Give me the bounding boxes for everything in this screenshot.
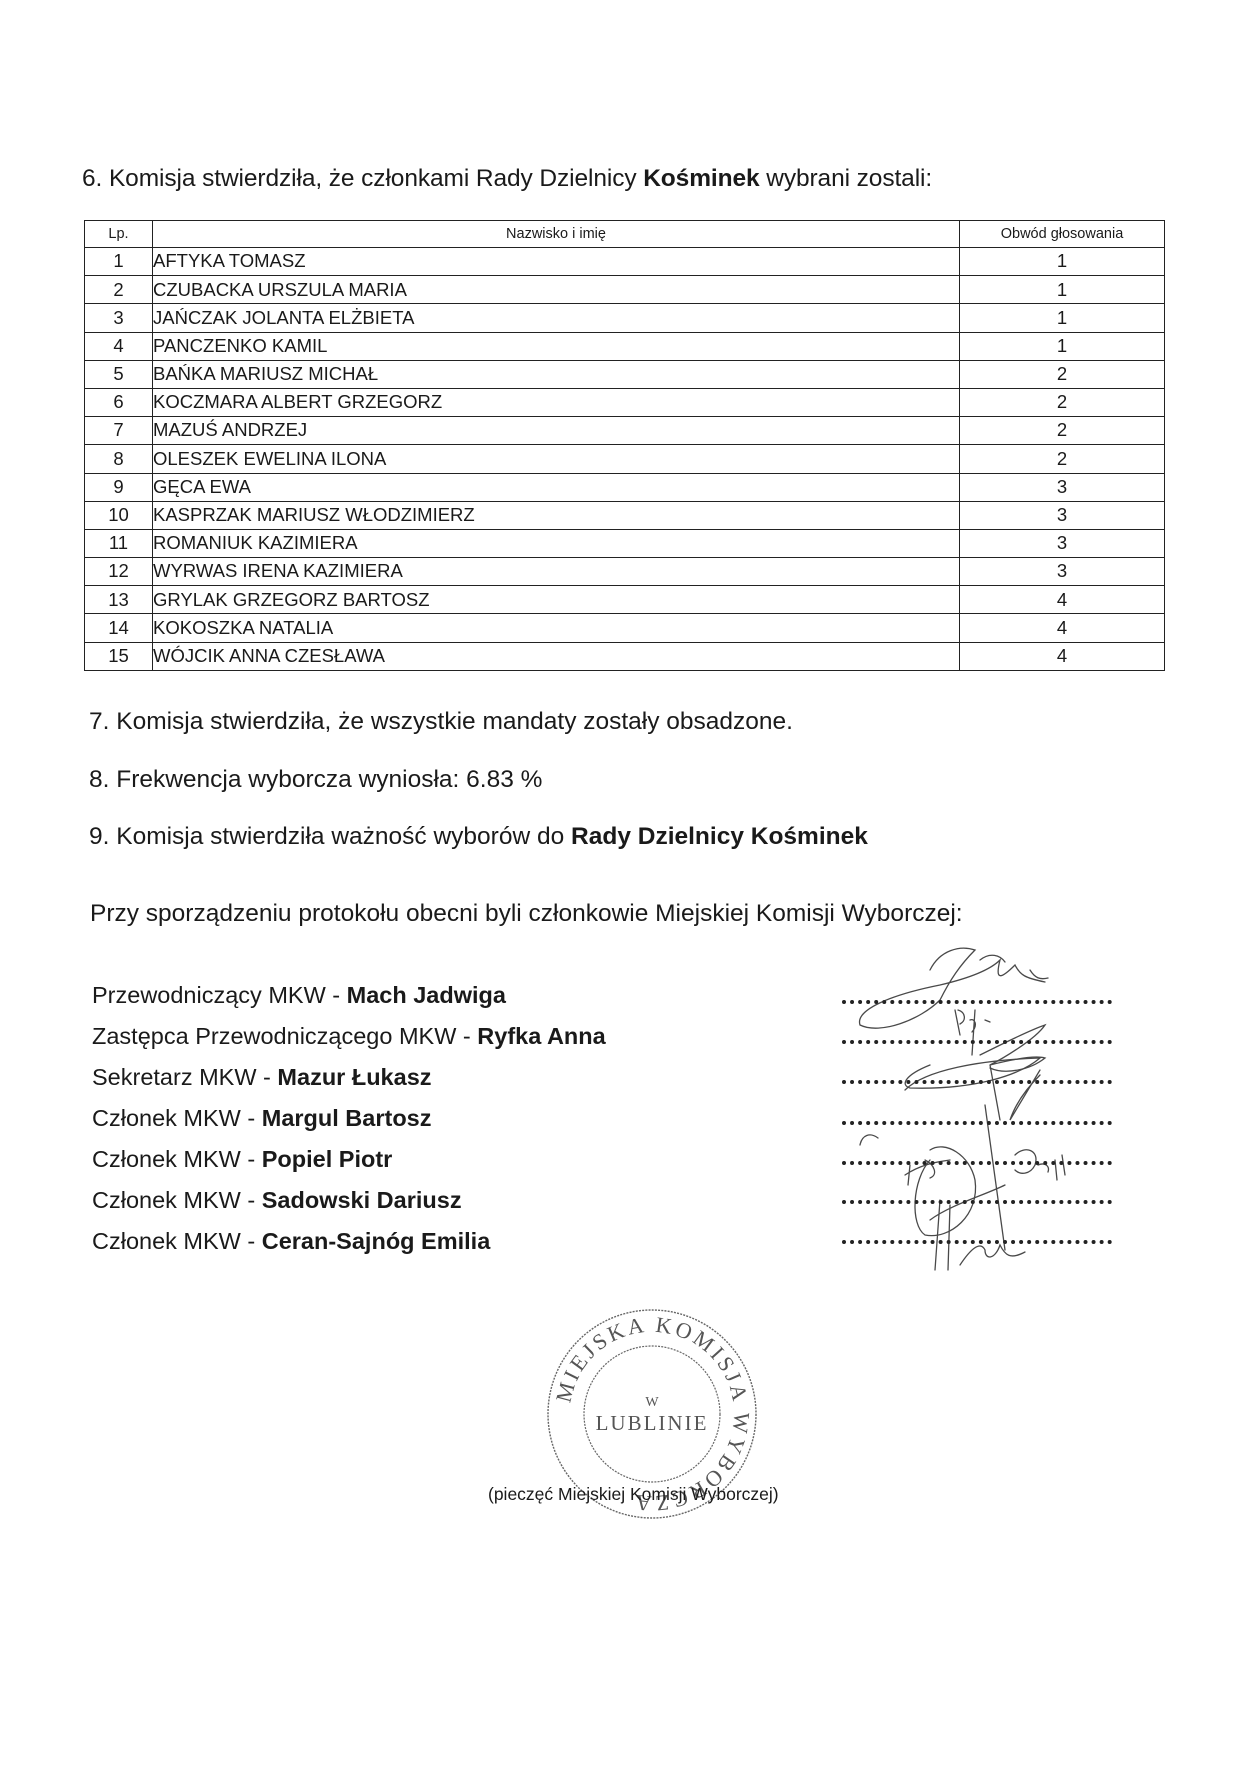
cell-lp: 1: [85, 248, 153, 276]
cell-name: GĘCA EWA: [153, 473, 960, 501]
cell-district: 4: [960, 586, 1165, 614]
signature-line: [842, 1121, 1112, 1125]
table-row: 1AFTYKA TOMASZ1: [85, 248, 1165, 276]
cell-district: 2: [960, 360, 1165, 388]
table-row: 12WYRWAS IRENA KAZIMIERA3: [85, 558, 1165, 586]
cell-name: ROMANIUK KAZIMIERA: [153, 529, 960, 557]
turnout-value: 6.83 %: [466, 766, 542, 793]
member-name: Mazur Łukasz: [277, 1064, 431, 1090]
member-role: Przewodniczący MKW -: [92, 982, 347, 1008]
table-row: 7MAZUŚ ANDRZEJ2: [85, 417, 1165, 445]
cell-district: 2: [960, 445, 1165, 473]
table-row: 2CZUBACKA URSZULA MARIA1: [85, 276, 1165, 304]
signature-line: [842, 1080, 1112, 1084]
table-row: 4PANCZENKO KAMIL1: [85, 332, 1165, 360]
cell-name: KOCZMARA ALBERT GRZEGORZ: [153, 388, 960, 416]
commission-member: Członek MKW - Sadowski Dariusz: [92, 1187, 462, 1214]
member-role: Członek MKW -: [92, 1146, 262, 1172]
cell-lp: 15: [85, 642, 153, 670]
cell-name: AFTYKA TOMASZ: [153, 248, 960, 276]
cell-lp: 12: [85, 558, 153, 586]
district-name: Kośminek: [643, 165, 759, 192]
cell-district: 4: [960, 614, 1165, 642]
cell-name: WYRWAS IRENA KAZIMIERA: [153, 558, 960, 586]
cell-name: JAŃCZAK JOLANTA ELŻBIETA: [153, 304, 960, 332]
member-role: Sekretarz MKW -: [92, 1064, 277, 1090]
cell-lp: 13: [85, 586, 153, 614]
member-name: Sadowski Dariusz: [262, 1187, 462, 1213]
header-district: Obwód głosowania: [960, 221, 1165, 248]
cell-lp: 14: [85, 614, 153, 642]
cell-name: KASPRZAK MARIUSZ WŁODZIMIERZ: [153, 501, 960, 529]
cell-name: MAZUŚ ANDRZEJ: [153, 417, 960, 445]
cell-lp: 7: [85, 417, 153, 445]
signature-line: [842, 1000, 1112, 1004]
commission-member: Sekretarz MKW - Mazur Łukasz: [92, 1064, 432, 1091]
section-6-prefix: 6. Komisja stwierdziła, że członkami Rad…: [82, 165, 643, 192]
cell-name: PANCZENKO KAMIL: [153, 332, 960, 360]
section-9-validity: 9. Komisja stwierdziła ważność wyborów d…: [89, 823, 868, 851]
member-name: Ryfka Anna: [477, 1023, 605, 1049]
section-6-heading: 6. Komisja stwierdziła, że członkami Rad…: [82, 165, 932, 193]
member-name: Ceran-Sajnóg Emilia: [262, 1228, 491, 1254]
member-role: Zastępca Przewodniczącego MKW -: [92, 1023, 477, 1049]
cell-lp: 8: [85, 445, 153, 473]
cell-district: 1: [960, 332, 1165, 360]
signature-line: [842, 1240, 1112, 1244]
turnout-label: 8. Frekwencja wyborcza wyniosła:: [89, 766, 466, 793]
cell-name: KOKOSZKA NATALIA: [153, 614, 960, 642]
cell-district: 2: [960, 388, 1165, 416]
cell-name: GRYLAK GRZEGORZ BARTOSZ: [153, 586, 960, 614]
cell-district: 3: [960, 529, 1165, 557]
table-row: 3JAŃCZAK JOLANTA ELŻBIETA1: [85, 304, 1165, 332]
cell-lp: 5: [85, 360, 153, 388]
commission-member: Członek MKW - Popiel Piotr: [92, 1146, 392, 1173]
member-role: Członek MKW -: [92, 1187, 262, 1213]
stamp-center-w: W: [645, 1395, 659, 1410]
cell-lp: 2: [85, 276, 153, 304]
stamp-caption: (pieczęć Miejskiej Komisji Wyborczej): [488, 1484, 779, 1505]
cell-district: 1: [960, 304, 1165, 332]
cell-district: 2: [960, 417, 1165, 445]
table-row: 10KASPRZAK MARIUSZ WŁODZIMIERZ3: [85, 501, 1165, 529]
cell-lp: 6: [85, 388, 153, 416]
signature-line: [842, 1200, 1112, 1204]
cell-lp: 4: [85, 332, 153, 360]
section-9-prefix: 9. Komisja stwierdziła ważność wyborów d…: [89, 823, 571, 850]
elected-members-table: Lp. Nazwisko i imię Obwód głosowania 1AF…: [84, 220, 1165, 671]
table-row: 15WÓJCIK ANNA CZESŁAWA4: [85, 642, 1165, 670]
section-8-turnout: 8. Frekwencja wyborcza wyniosła: 6.83 %: [89, 766, 542, 794]
table-header-row: Lp. Nazwisko i imię Obwód głosowania: [85, 221, 1165, 248]
table-row: 6KOCZMARA ALBERT GRZEGORZ2: [85, 388, 1165, 416]
section-6-suffix: wybrani zostali:: [760, 165, 933, 192]
member-role: Członek MKW -: [92, 1228, 262, 1254]
table-row: 5BAŃKA MARIUSZ MICHAŁ2: [85, 360, 1165, 388]
signatures-scribble-icon: [800, 940, 1150, 1280]
table-row: 14KOKOSZKA NATALIA4: [85, 614, 1165, 642]
cell-district: 4: [960, 642, 1165, 670]
cell-name: OLESZEK EWELINA ILONA: [153, 445, 960, 473]
commission-member: Członek MKW - Ceran-Sajnóg Emilia: [92, 1228, 490, 1255]
member-name: Popiel Piotr: [262, 1146, 393, 1172]
cell-district: 3: [960, 558, 1165, 586]
header-name: Nazwisko i imię: [153, 221, 960, 248]
cell-district: 3: [960, 473, 1165, 501]
cell-lp: 3: [85, 304, 153, 332]
cell-lp: 9: [85, 473, 153, 501]
stamp-center-city: LUBLINIE: [596, 1411, 709, 1435]
presence-intro: Przy sporządzeniu protokołu obecni byli …: [90, 900, 963, 928]
cell-lp: 10: [85, 501, 153, 529]
cell-district: 1: [960, 276, 1165, 304]
cell-name: WÓJCIK ANNA CZESŁAWA: [153, 642, 960, 670]
cell-district: 3: [960, 501, 1165, 529]
table-row: 9GĘCA EWA3: [85, 473, 1165, 501]
header-lp: Lp.: [85, 221, 153, 248]
table-row: 11ROMANIUK KAZIMIERA3: [85, 529, 1165, 557]
commission-member: Zastępca Przewodniczącego MKW - Ryfka An…: [92, 1023, 606, 1050]
cell-district: 1: [960, 248, 1165, 276]
member-name: Margul Bartosz: [262, 1105, 432, 1131]
section-7-statement: 7. Komisja stwierdziła, że wszystkie man…: [89, 708, 793, 736]
cell-name: CZUBACKA URSZULA MARIA: [153, 276, 960, 304]
member-name: Mach Jadwiga: [347, 982, 506, 1008]
commission-member: Członek MKW - Margul Bartosz: [92, 1105, 432, 1132]
signature-line: [842, 1161, 1112, 1165]
section-9-bold: Rady Dzielnicy Kośminek: [571, 823, 868, 850]
member-role: Członek MKW -: [92, 1105, 262, 1131]
cell-lp: 11: [85, 529, 153, 557]
commission-member: Przewodniczący MKW - Mach Jadwiga: [92, 982, 506, 1009]
table-row: 13GRYLAK GRZEGORZ BARTOSZ4: [85, 586, 1165, 614]
table-row: 8OLESZEK EWELINA ILONA2: [85, 445, 1165, 473]
signature-line: [842, 1040, 1112, 1044]
cell-name: BAŃKA MARIUSZ MICHAŁ: [153, 360, 960, 388]
